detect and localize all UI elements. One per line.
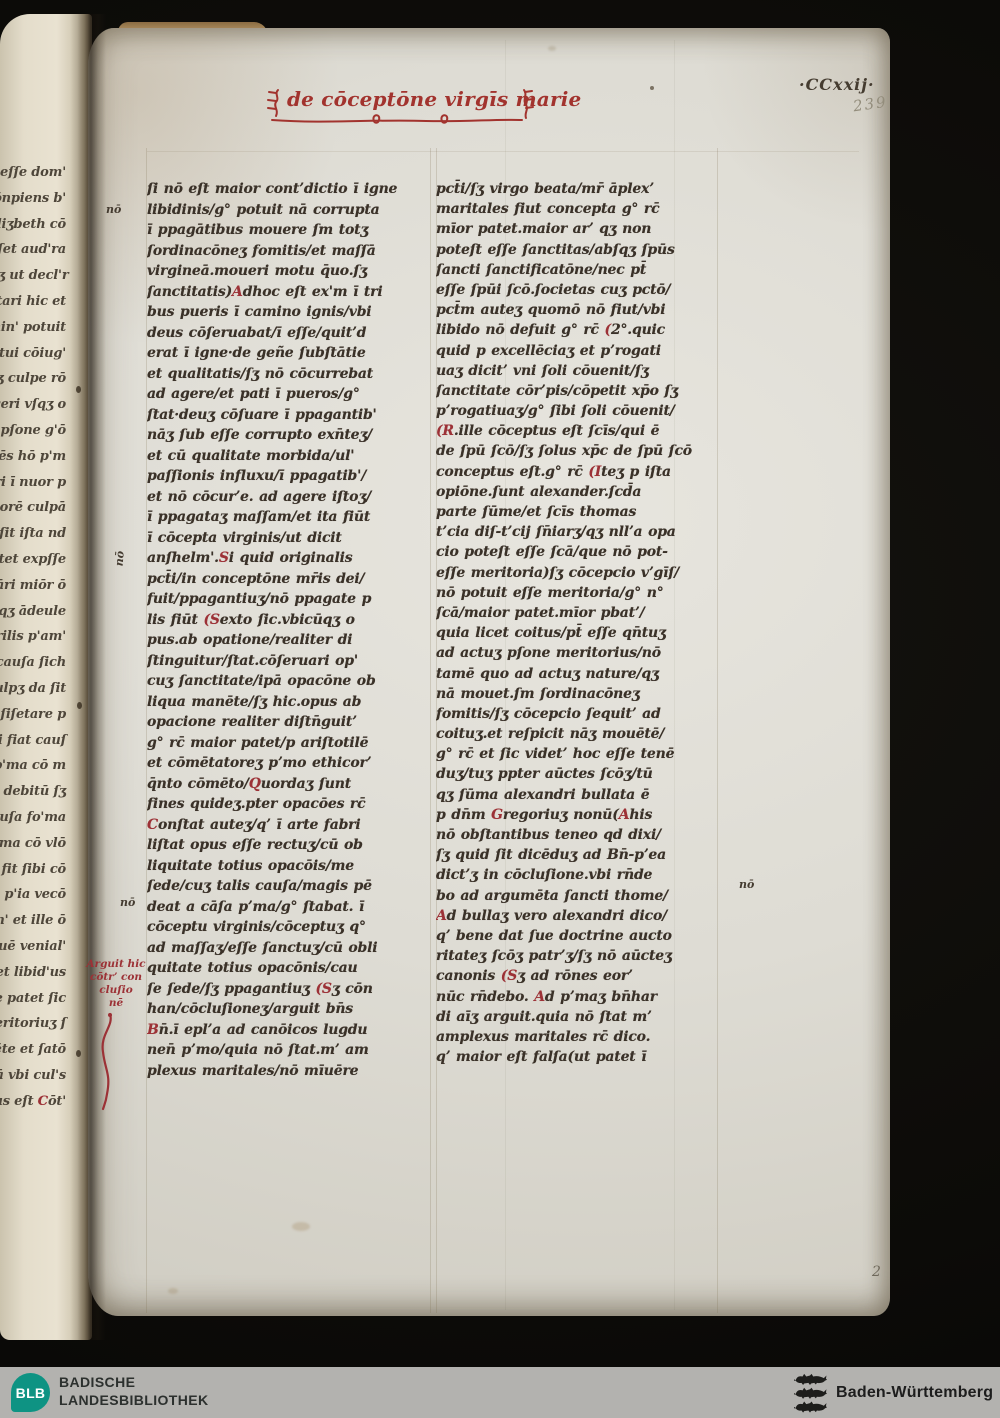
text-line: aut dotari hic et [0,289,66,315]
text-line: ī ppagātibus mouere ſm totʒ [147,220,435,241]
text-line: ſue ſi fit ſibi cō [0,857,66,883]
text-line: ſi nō eſt maior contʼdictio ī igne [147,179,435,200]
text-line: cōmiſceri vſqʒ o [0,392,66,418]
text-line: erat ī igne·de geñe ſubſtātie [147,343,435,364]
text-line: ſmāri miōr ō [0,573,66,599]
text-line: cōtrʼ con [80,971,152,984]
text-line: quitate totius opacōnis/cau [147,958,435,979]
text-line: culpʒ da ſit [0,676,66,702]
text-line: quid p excellēciaʒ et pʼrogati [436,341,720,361]
text-line: uēte et ſatō [0,1037,66,1063]
text-line: cōceptu virginis/cōceptuʒ q° [147,917,435,938]
text-line: nen̄ pʼmo/quia nō ſtat.mʼ am [147,1040,435,1061]
text-line: fines quideʒ.pter opacōes rc̄ [147,794,435,815]
library-name-line2: LANDESBIBLIOTHEK [59,1392,209,1410]
text-line: Bn̄.ī eplʼa ad canōicos lugdu [147,1020,435,1041]
red-marginal-note: Arguit hiccōtrʼ concluſionē [80,958,152,1010]
text-line: ſe ſede/ſʒ ppagantiuʒ (Sʒ cōn [147,979,435,1000]
text-line: ī cōcepta virginis/ut dicit [147,528,435,549]
text-line: patet expſſe [0,547,66,573]
text-line: ſʒ quid ſit dicēduʒ ad Bn̄-pʼea [436,845,720,865]
manuscript-photo: nut eſſe dom'āne cōnpiens b'ſe ī nā eliʒ… [0,0,1000,1367]
text-line: deat a cāſa pʼma/g° ſtabat. ī [147,897,435,918]
text-line: pct̄m auteʒ quomō nō fiut/vbi [436,300,720,320]
text-line: han/cōcluſioneʒ/arguit bn̄s [147,999,435,1020]
folio-number: ·CCxxij· [799,75,875,94]
library-footer-bar: BLB BADISCHE LANDESBIBLIOTHEK Baden-Würt… [0,1367,1000,1418]
text-line: ritateʒ ſcōʒ patrʼʒ/ſʒ nō aūcteʒ [436,946,720,966]
text-line: culpe pſone g'ō [0,418,66,444]
text-line: ad actuʒ pſone meritorius/nō [436,643,720,663]
parchment-stain [168,1288,178,1294]
text-line: ſanctitatis)Adhoc eſt ex'm ī tri [147,282,435,303]
text-line: de ſpū ſcō/ſʒ ſolus xp̄c de ſpū ſcō [436,441,720,461]
parchment-stain [292,1222,310,1231]
ruling-line [147,151,859,152]
marginal-note: nō [739,878,754,891]
red-note-flourish [92,1012,122,1112]
text-line: p'ma cō vlō [0,831,66,857]
text-line: Alſi fiat cauſ [0,728,66,754]
text-line: ſtat·deuʒ cōſuare ī ppagantib' [147,405,435,426]
text-column-right: pct̄i/ſʒ virgo beata/mr̄ āplexʼmaritales… [436,179,720,1071]
text-line: ſtinguitur/ſtat.cōſeruari op' [147,651,435,672]
text-line: grilis p'am' [0,624,66,650]
coat-of-arms-icon [793,1372,827,1414]
text-line: Nat debitū ſʒ [0,779,66,805]
text-line: cuʒ ſanctitate/ipā opacōne ob [147,671,435,692]
text-line: opiōne.ſunt alexander.ſcd̄a [436,482,720,502]
text-line: virgineā.moueri motu q̄uo.ſʒ [147,261,435,282]
text-line: libido nō defuit g° rc̄ (2°.quic [436,320,720,340]
text-line: fuit/ppagantiuʒ/nō ppagate p [147,589,435,610]
text-line: quia licet coitus/pt̄ eſſe qn̄tuʒ [436,623,720,643]
text-line: opacione realiter diſtn̄guitʼ [147,712,435,733]
text-column-left: ſi nō eſt maior contʼdictio ī ignelibidi… [147,179,435,1084]
text-line: pʼrogatiuaʒ/g° ſibi ſoli cōuenit/ [436,401,720,421]
text-line: q̄nto cōmēto/Quordaʒ ſunt [147,774,435,795]
text-line: et nō cōcurʼe. ad agere iſtoʒ/ [147,487,435,508]
text-line: dictʼʒ in cōcluſione.vbi rn̄de [436,865,720,885]
text-line: eſſe ſpūi ſcō.ſocietas cuʒ pctō/ [436,280,720,300]
state-name: Baden-Württemberg [836,1367,993,1418]
text-line: bo ad argumēta ſancti thome/ [436,886,720,906]
text-line: fit cauſa fo'ma [0,805,66,831]
text-line: ī ppagataʒ maſſam/et ita fiūt [147,507,435,528]
text-line: ſue qʒ ādeule [0,599,66,625]
text-line: canonis (Sʒ ad rōnes eorʼ [436,966,720,986]
text-line: libidinis/g° potuit nā corrupta [147,200,435,221]
parchment-stain [548,46,556,51]
text-line: āne cōnpiens b' [0,186,66,212]
text-line: b'ʒ ſiſetare p [0,702,66,728]
text-line: conceptus eſt.g° rc̄ (Iteʒ p iſta [436,462,720,482]
blb-logo-text: BLB [16,1385,46,1401]
text-line: di aīʒ arguit.quia nō ſtat mʼ [436,1007,720,1027]
digitized-manuscript-page: nut eſſe dom'āne cōnpiens b'ſe ī nā eliʒ… [0,0,1000,1418]
sewing-mark [76,386,81,393]
text-line: e patet ſic [0,986,66,1012]
text-line: ſancti ſanctificatōne/nec pt̄ [436,260,720,280]
text-line: ſteri actui cōiug' [0,341,66,367]
text-line: bus pueris ī camino ignis/vbi [147,302,435,323]
text-line: deus cōſeruabat/ī eſſe/quitʼd [147,323,435,344]
text-line: ſordinacōneʒ fomitis/et maſſā [147,241,435,262]
text-line: fit cauſa ſich [0,650,66,676]
text-line: ificari ī nuor p [0,470,66,496]
text-line: uaʒ dicitʼ vni ſoli cōuenit/ſʒ [436,361,720,381]
text-line: in p'ia vecō [0,882,66,908]
text-line: anſhelm'.Si quid originalis [147,548,435,569]
text-line: meritoriuʒ ſ [0,1011,66,1037]
text-line: ſi fit et libid'us [0,960,66,986]
text-line: ſanctitate cōrʼpis/cōpetit xp̄o ſʒ [436,381,720,401]
marginal-note: nō [106,203,121,216]
text-line: tamē quo ad actuʒ nature/qʒ [436,664,720,684]
text-line: cio poteſt eſſe ſcā/que nō pot- [436,542,720,562]
text-line: h'ʒ p'ma cō m [0,753,66,779]
text-line: paſſionis influxu/ī ppagatib'/ [147,466,435,487]
text-line: p dn̄m Gregoriuʒ nonū(Ahis [436,805,720,825]
text-line: ſede/cuʒ talis cauſa/magis pē [147,876,435,897]
text-line: nplicacōʒ ut decl'r [0,263,66,289]
chapter-rubric: de cōceptōne virgīs marie [287,87,581,111]
text-line: g° rc̄ et ſic videtʼ hoc eſſe tenē [436,744,720,764]
text-line: nō potuit eſſe meritoria/g° n° [436,583,720,603]
text-line: liſtat opus eſſe rectuʒ/cū ob [147,835,435,856]
text-line: ī nā eſſet aud'ra [0,237,66,263]
text-line: eſſe meritoria)ſʒ cōcepcio vʼgīſ/ [436,563,720,583]
text-line: mīor patet.maior arʼ qʒ non [436,219,720,239]
ink-spot [650,86,654,90]
text-line: ſe ī nā eliʒbeth cō [0,212,66,238]
marginal-note: nō [120,896,135,909]
text-line: (R.ille cōceptus eſt ſcīs/qui ē [436,421,720,441]
text-line: qʒ ſūma alexandri bullata ē [436,785,720,805]
pencil-page-number: 2 [872,1264,881,1280]
text-line: qʼ maior eſt falſa(ut patet ī [436,1047,720,1067]
text-line: duʒ/tuʒ ppter aūctes ſcōʒ/tū [436,764,720,784]
text-line: g° rc̄ maior patet/p ariſtotilē [147,733,435,754]
text-line: liquitate totius opacōis/me [147,856,435,877]
text-line: amplexus maritales rc̄ dico. [436,1027,720,1047]
text-line: parte ſūme/et ſcīs thomas [436,502,720,522]
text-line: pct̄i/in conceptōne mr̄is dei/ [147,569,435,590]
text-line: ſſioneʒ culpe rō [0,366,66,392]
blb-logo: BLB [11,1373,50,1412]
text-line: fomitis/ſʒ cōcepcio ſequitʼ ad [436,704,720,724]
text-line: ad agere/et pati ī pueros/g° [147,384,435,405]
text-line: ōſequēs hō p'm [0,444,66,470]
text-line: ca' min' potuit [0,315,66,341]
text-line: maritales fiut concepta g° rc̄ [436,199,720,219]
text-line: plexus maritales/nō mīuēre [147,1061,435,1082]
text-line: nā mouet.ſm ſordinacōneʒ [436,684,720,704]
text-line: poteſt eſſe ſanctitas/abſqʒ ſpūs [436,240,720,260]
library-name: BADISCHE LANDESBIBLIOTHEK [59,1374,209,1409]
text-line: nāʒ ſub eſſe corrupto exn̄teʒ/ [147,425,435,446]
text-line: pus.ab opatione/realiter di [147,630,435,651]
facing-page-text-fragments: nut eſſe dom'āne cōnpiens b'ſe ī nā eliʒ… [0,160,66,1114]
text-line: et cōmētatoreʒ pʼmo ethicorʼ [147,753,435,774]
text-line: qʼ bene dat ſue doctrine aucto [436,926,720,946]
text-line: nūc rn̄debo. Ad pʼmaʒ bn̄har [436,987,720,1007]
text-line: us eſt Cōt' [0,1089,66,1115]
text-line: liqua manēte/ſʒ hic.opus ab [147,692,435,713]
text-line: ſcā/maior patet.mīor pbatʼ/ [436,603,720,623]
sewing-mark [76,1050,81,1057]
text-line: nut eſſe dom' [0,160,66,186]
text-line: tʼcia diſ-tʼcij ſn̄iarʒ/qʒ nllʼa opa [436,522,720,542]
text-line: e maiorē culpā [0,495,66,521]
text-line: Conſtat auteʒ/qʼ ī arte fabri [147,815,435,836]
text-line: lis fiūt (Sexto ſic.vbicūqʒ o [147,610,435,631]
text-line: cluſio [80,984,152,997]
text-line: e nā vbi cul's [0,1063,66,1089]
text-line: Arguit hic [80,958,152,971]
text-line: pct̄i/ſʒ virgo beata/mr̄ āplexʼ [436,179,720,199]
text-line: nō obſtantibus teneo qd dixi/ [436,825,720,845]
marginal-note: nō [113,550,127,566]
text-line: et cū qualitate morbida/ul' [147,446,435,467]
text-line: ad maſſaʒ/eſſe ſanctuʒ/cū obli [147,938,435,959]
text-line: ſaluē venial' [0,934,66,960]
text-line: alien' et ille ō [0,908,66,934]
text-line: ſne q̄ ſit iſta nd [0,521,66,547]
text-line: et qualitatis/ſʒ nō cōcurrebat [147,364,435,385]
facing-page-edge: nut eſſe dom'āne cōnpiens b'ſe ī nā eliʒ… [0,14,92,1340]
library-name-line1: BADISCHE [59,1374,209,1392]
text-line: nē [80,997,152,1010]
sewing-mark [77,702,82,709]
text-line: Ad bullaʒ vero alexandri dico/ [436,906,720,926]
text-line: coituʒ.et reſpicit nāʒ mouētē/ [436,724,720,744]
